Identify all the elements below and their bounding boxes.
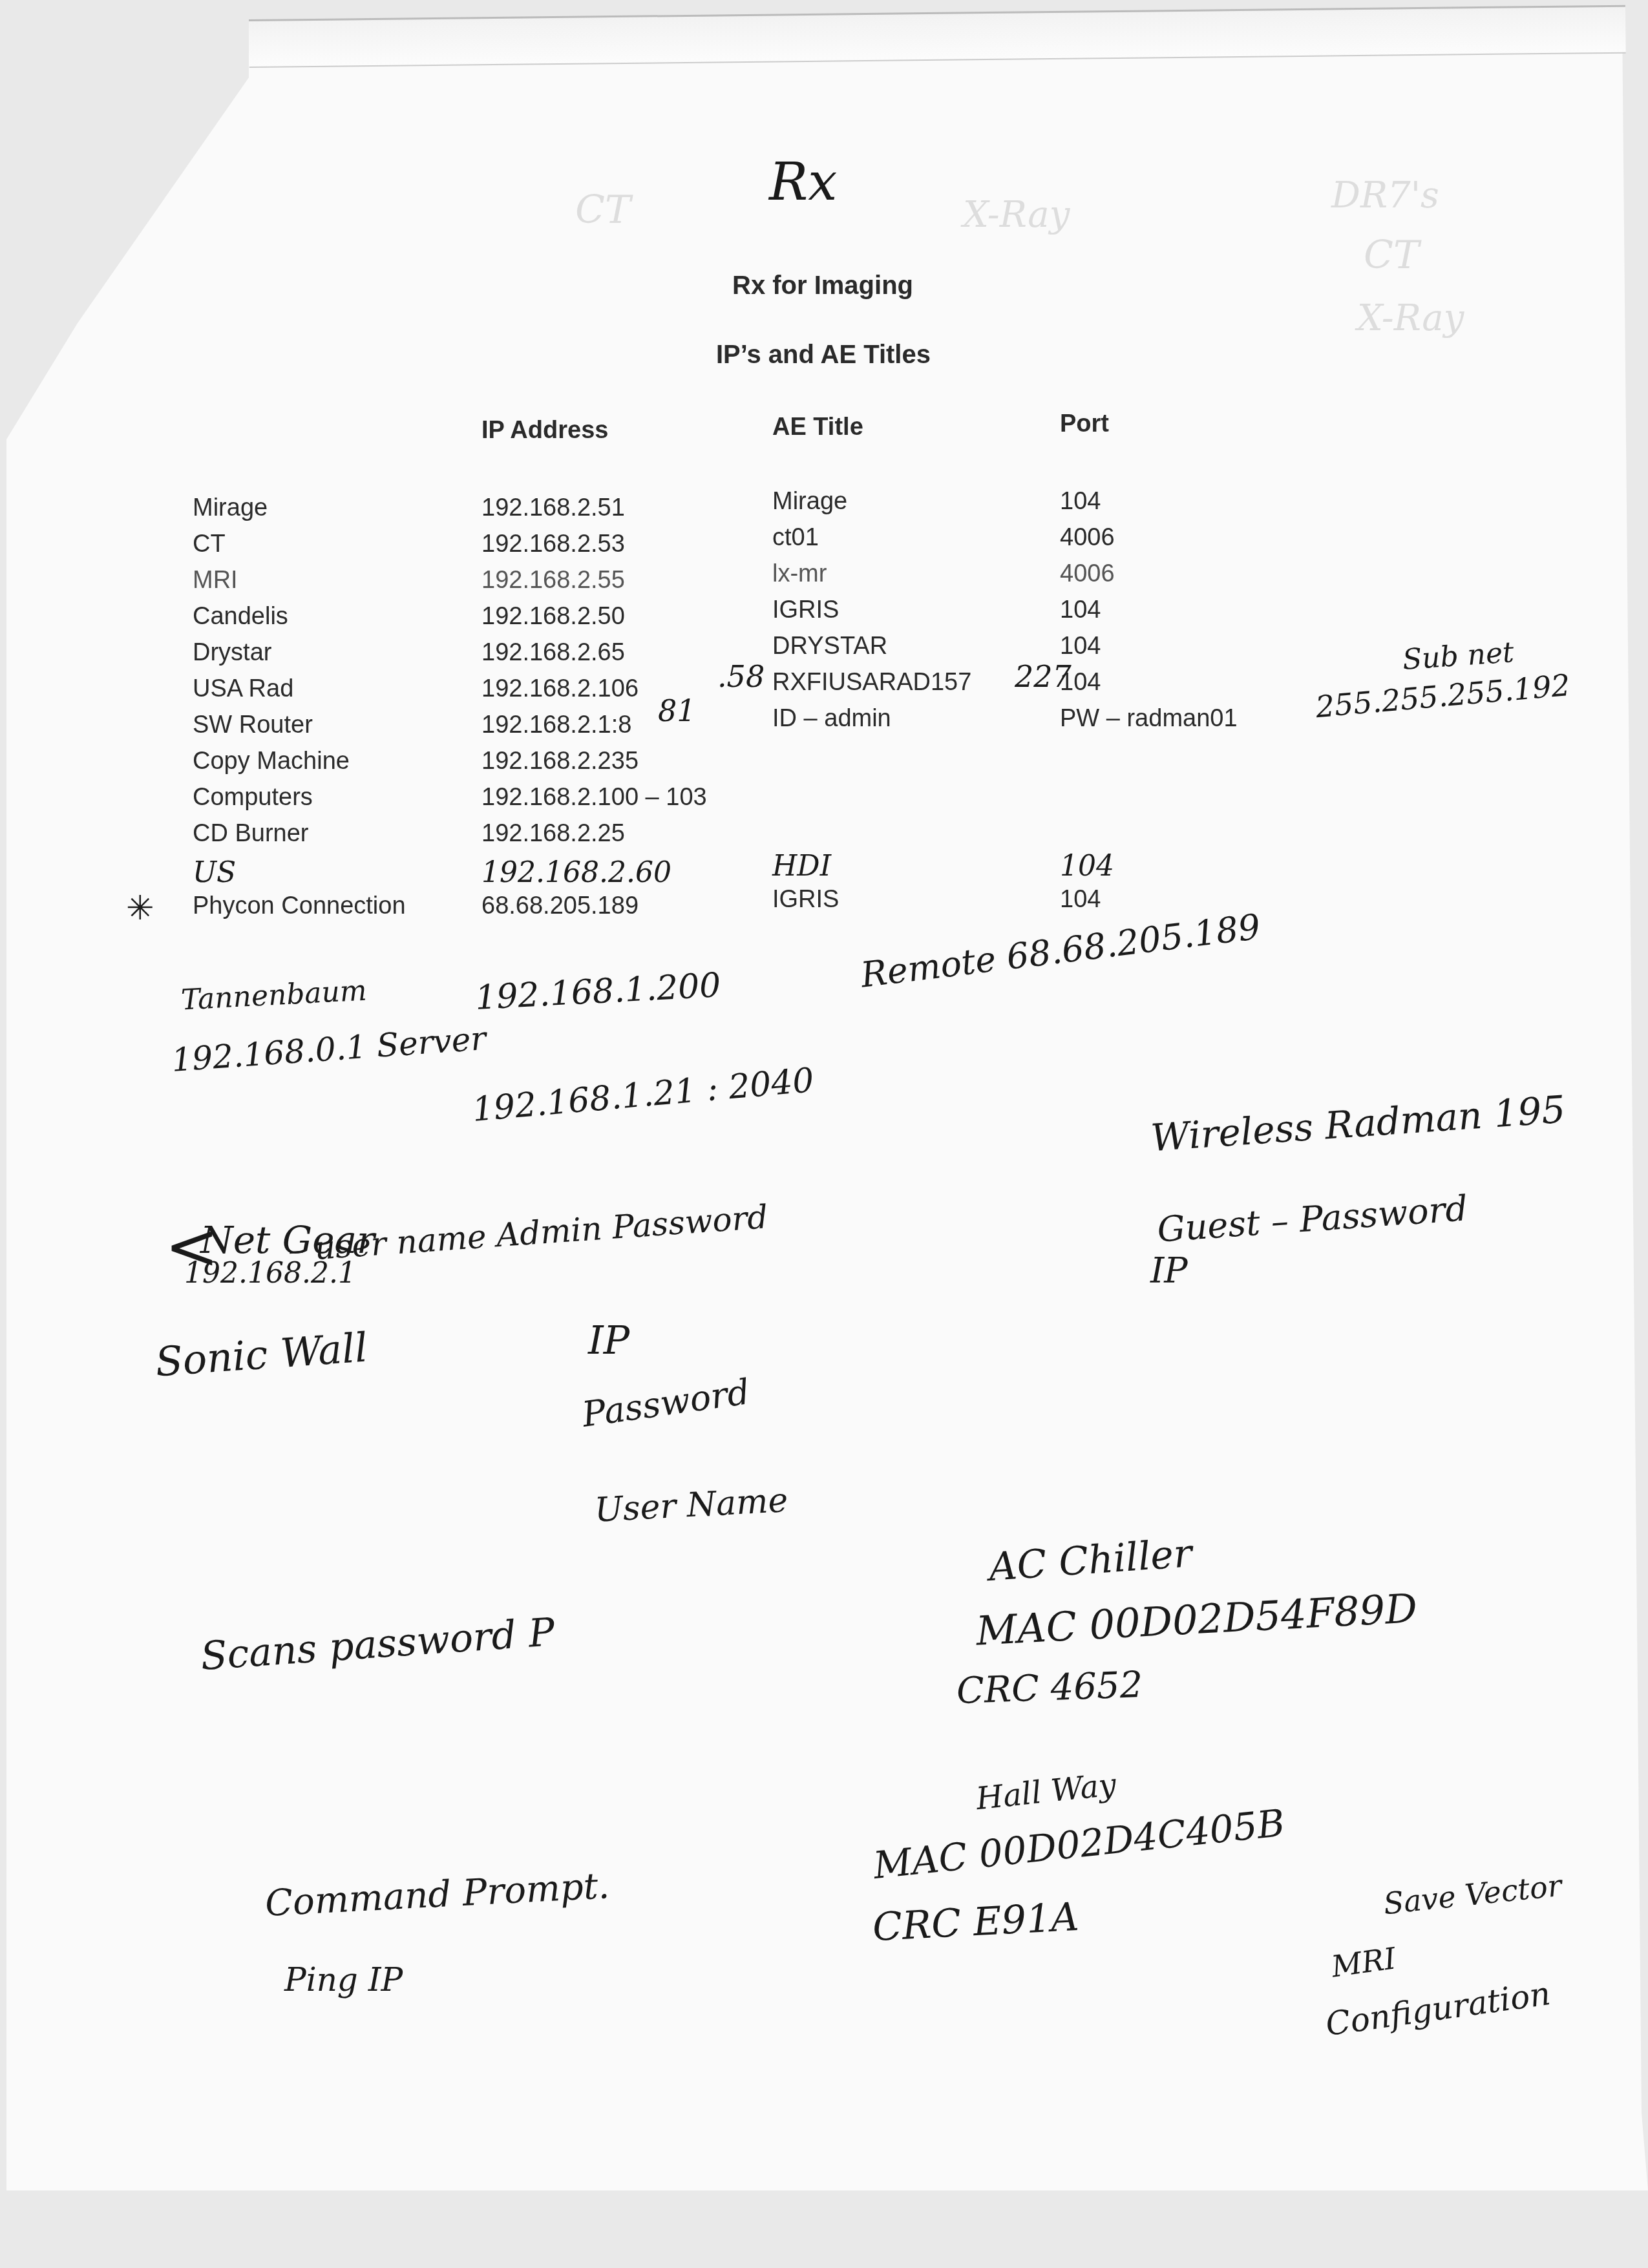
column-header-ae: AE Title bbox=[772, 414, 863, 441]
bracket-mark: < bbox=[165, 1208, 219, 1284]
table-cell-ip: 192.168.2.60 bbox=[481, 856, 671, 889]
handwritten-ae-correction: 227 bbox=[1015, 659, 1072, 694]
table-cell-ip: 192.168.2.51 bbox=[481, 494, 625, 522]
table-cell-port: 104 bbox=[1060, 488, 1101, 516]
table-cell-device: Computers bbox=[193, 784, 313, 812]
table-cell-port: PW – radman01 bbox=[1060, 705, 1238, 733]
ghost-text: DR7's bbox=[1331, 174, 1439, 216]
ghost-text: CT bbox=[575, 187, 631, 233]
ping-ip-note: Ping IP bbox=[284, 1961, 403, 1999]
ghost-text: CT bbox=[1364, 233, 1419, 278]
table-cell-device: Phycon Connection bbox=[193, 892, 406, 920]
document-subtitle: IP’s and AE Titles bbox=[716, 341, 931, 370]
table-cell-ip: 192.168.2.25 bbox=[481, 820, 625, 848]
table-cell-device: CD Burner bbox=[193, 820, 309, 848]
table-cell-device: Drystar bbox=[193, 639, 271, 667]
table-cell-device: USA Rad bbox=[193, 675, 293, 703]
table-cell-device: SW Router bbox=[193, 711, 313, 739]
table-cell-port: 104 bbox=[1060, 886, 1101, 914]
guest-ip-note: IP bbox=[1150, 1250, 1188, 1291]
table-cell-ip: 192.168.2.235 bbox=[481, 748, 639, 775]
table-cell-ae: DRYSTAR bbox=[772, 633, 887, 660]
table-cell-ip: 192.168.2.50 bbox=[481, 603, 625, 631]
column-header-port: Port bbox=[1060, 410, 1109, 438]
table-cell-device: Candelis bbox=[193, 603, 288, 631]
table-cell-ip: 192.168.2.100 – 103 bbox=[481, 784, 707, 812]
handwritten-port-correction: 81 bbox=[658, 693, 696, 728]
column-header-ip: IP Address bbox=[481, 417, 608, 445]
table-cell-port: 4006 bbox=[1060, 560, 1115, 588]
handwritten-header: Rx bbox=[769, 152, 837, 212]
asterisk-icon: ✳ bbox=[126, 889, 154, 928]
handwritten-ip-correction: .58 bbox=[717, 659, 765, 694]
table-cell-port: 104 bbox=[1060, 596, 1101, 624]
table-cell-ip: 192.168.2.53 bbox=[481, 530, 625, 558]
table-cell-port: 4006 bbox=[1060, 524, 1115, 552]
table-cell-device: Copy Machine bbox=[193, 748, 350, 775]
table-cell-device: MRI bbox=[193, 567, 238, 594]
table-cell-device: Mirage bbox=[193, 494, 268, 522]
document-title: Rx for Imaging bbox=[732, 271, 913, 300]
table-cell-ae: ct01 bbox=[772, 524, 819, 552]
sonicwall-ip: IP bbox=[588, 1318, 629, 1363]
table-cell-ae: HDI bbox=[772, 850, 831, 883]
table-cell-ip: 192.168.2.65 bbox=[481, 639, 625, 667]
table-cell-ae: ID – admin bbox=[772, 705, 891, 733]
table-cell-ae: lx-mr bbox=[772, 560, 827, 588]
table-cell-ip: 192.168.2.106 bbox=[481, 675, 639, 703]
table-cell-ip: 192.168.2.55 bbox=[481, 567, 625, 594]
table-cell-ip: 68.68.205.189 bbox=[481, 892, 639, 920]
table-cell-ae: IGRIS bbox=[772, 886, 839, 914]
ac-chiller-crc: CRC 4652 bbox=[956, 1664, 1143, 1712]
table-cell-port: 104 bbox=[1060, 633, 1101, 660]
table-cell-device: CT bbox=[193, 530, 226, 558]
table-cell-device: US bbox=[193, 856, 236, 889]
table-cell-port: 104 bbox=[1060, 850, 1114, 883]
table-cell-ae: RXFIUSARAD157 bbox=[772, 669, 971, 697]
ghost-text: X-Ray bbox=[963, 194, 1070, 236]
table-cell-ae: IGRIS bbox=[772, 596, 839, 624]
ghost-text: X-Ray bbox=[1357, 297, 1464, 339]
table-cell-ae: Mirage bbox=[772, 488, 847, 516]
table-cell-ip: 192.168.2.1:8 bbox=[481, 711, 631, 739]
